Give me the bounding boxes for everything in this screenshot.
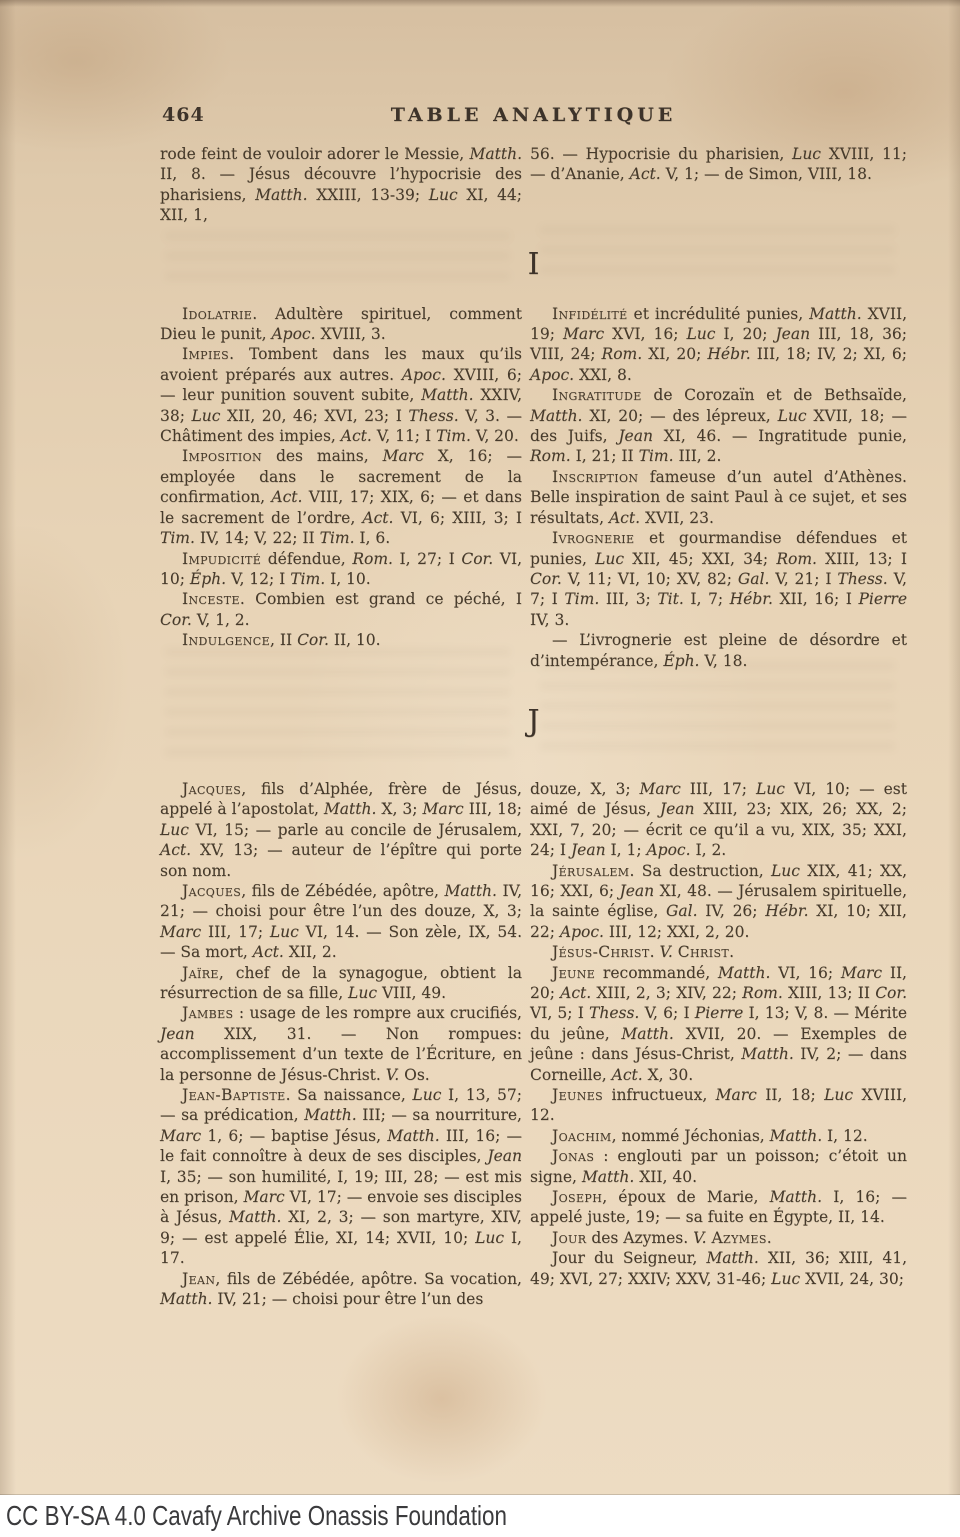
index-entry: Jambes : usage de les rompre aux crucifi… — [160, 1003, 522, 1085]
index-entry: Imposition des mains, Marc X, 16; — empl… — [160, 446, 522, 548]
index-entry: rode feint de vouloir adorer le Messie, … — [160, 144, 522, 226]
index-entry: Idolatrie. Adultère spirituel, comment D… — [160, 304, 522, 345]
index-entry: Jaïre, chef de la synagogue, obtient la … — [160, 963, 522, 1004]
index-entry: Jeune recommandé, Matth. VI, 16; Marc II… — [530, 963, 907, 1085]
index-entry: Jeunes infructueux, Marc II, 18; Luc XVI… — [530, 1085, 907, 1126]
index-entry: Jérusalem. Sa destruction, Luc XIX, 41; … — [530, 861, 907, 943]
index-entry: douze, X, 3; Marc III, 17; Luc VI, 10; —… — [530, 779, 907, 861]
index-entry: Impudicité défendue, Rom. I, 27; I Cor. … — [160, 549, 522, 590]
index-entry: Jacques, fils d’Alphée, frère de Jésus, … — [160, 779, 522, 881]
license-bar: CC BY-SA 4.0 Cavafy Archive Onassis Foun… — [0, 1495, 960, 1537]
index-entry: Ivrognerie et gourmandise défendues et p… — [530, 528, 907, 630]
index-entry: Infidélité et incrédulité punies, Matth.… — [530, 304, 907, 386]
index-entry: Jour des Azymes. V. Azymes. — [530, 1228, 907, 1248]
index-entry: 56. — Hypocrisie du pharisien, Luc XVIII… — [530, 144, 907, 185]
section-i: Idolatrie. Adultère spirituel, comment D… — [160, 304, 907, 671]
text-column-left: rode feint de vouloir adorer le Messie, … — [160, 144, 522, 226]
index-entry: Jésus-Christ. V. Christ. — [530, 942, 907, 962]
index-entry: Joseph, époux de Marie, Matth. I, 16; — … — [530, 1187, 907, 1228]
index-entry: Ingratitude de Corozaïn et de Bethsaïde,… — [530, 385, 907, 467]
page-header: 464 TABLE ANALYTIQUE — [160, 104, 907, 130]
section-heading-i: I — [160, 250, 907, 280]
page-title: TABLE ANALYTIQUE — [160, 104, 907, 126]
page-number: 464 — [162, 104, 205, 126]
text-block: 464 TABLE ANALYTIQUE rode feint de voulo… — [160, 0, 907, 1310]
index-entry: Jour du Seigneur, Matth. XII, 36; XIII, … — [530, 1248, 907, 1289]
index-entry: — L’ivrognerie est pleine de désordre et… — [530, 630, 907, 671]
index-entry: Jean-Baptiste. Sa naissance, Luc I, 13, … — [160, 1085, 522, 1269]
index-entry: Inceste. Combien est grand ce péché, I C… — [160, 589, 522, 630]
section-continuation: rode feint de vouloir adorer le Messie, … — [160, 144, 907, 226]
section-heading-j: J — [160, 707, 907, 737]
index-entry: Indulgence, II Cor. II, 10. — [160, 630, 522, 650]
index-entry: Jacques, fils de Zébédée, apôtre, Matth.… — [160, 881, 522, 963]
text-column-left: Jacques, fils d’Alphée, frère de Jésus, … — [160, 779, 522, 1310]
index-entry: Inscription fameuse d’un autel d’Athènes… — [530, 467, 907, 528]
text-column-right: douze, X, 3; Marc III, 17; Luc VI, 10; —… — [530, 779, 907, 1310]
index-entry: Impies. Tombent dans les maux qu’ils avo… — [160, 344, 522, 446]
section-j: Jacques, fils d’Alphée, frère de Jésus, … — [160, 779, 907, 1310]
text-column-left: Idolatrie. Adultère spirituel, comment D… — [160, 304, 522, 671]
scanned-book-page: 464 TABLE ANALYTIQUE rode feint de voulo… — [0, 0, 960, 1537]
text-column-right: 56. — Hypocrisie du pharisien, Luc XVIII… — [530, 144, 907, 226]
license-text: CC BY-SA 4.0 Cavafy Archive Onassis Foun… — [6, 1500, 507, 1532]
text-column-right: Infidélité et incrédulité punies, Matth.… — [530, 304, 907, 671]
index-entry: Jean, fils de Zébédée, apôtre. Sa vocati… — [160, 1269, 522, 1310]
index-entry: Joachim, nommé Jéchonias, Matth. I, 12. — [530, 1126, 907, 1146]
index-entry: Jonas : englouti par un poisson; c’étoit… — [530, 1146, 907, 1187]
